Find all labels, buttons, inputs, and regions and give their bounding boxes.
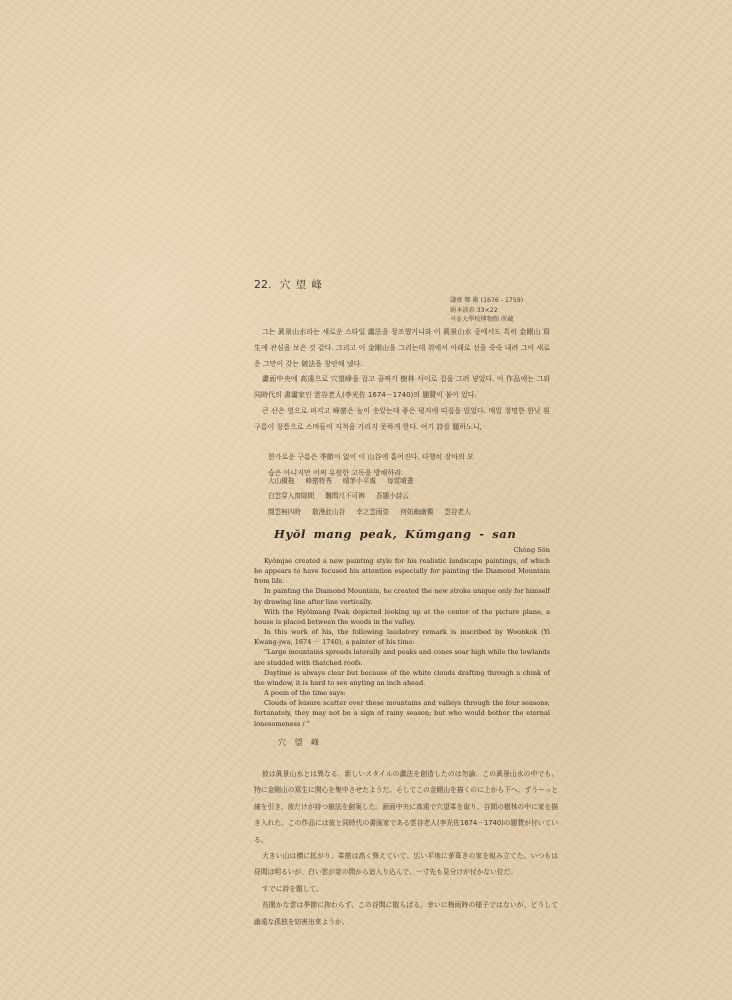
english-paragraph: Daytime is always clear but because of t… bbox=[254, 668, 550, 688]
english-description: Kyŏmjae created a new painting style for… bbox=[254, 556, 550, 729]
korean-description: 그는 眞景山水라는 새로운 스타일 畵法을 창조했거니와 이 眞景山水 중에서도… bbox=[254, 325, 550, 436]
english-paragraph: In painting the Diamond Mountain, he cre… bbox=[254, 586, 550, 606]
entry-heading: 22. 穴 望 峰 bbox=[254, 277, 323, 292]
korean-paragraph: 큰 산은 옆으로 퍼지고 峰巒은 높이 솟았는데 좋은 평지에 띠집을 얹었다.… bbox=[254, 404, 550, 436]
caption-medium: 絹本淡彩 33×22 bbox=[450, 306, 523, 316]
japanese-paragraph: 彼は眞景山水とは異なる、新しいスタイルの畵法を創造したのは勿論、この眞景山水の中… bbox=[254, 766, 558, 848]
japanese-paragraph: 大きい山は横に拡がり、峯巒は高く聳えていて、広い平地に茅葺きの家を組み立てた。い… bbox=[254, 848, 558, 881]
hanja-phrase: 晴茅小平處 bbox=[343, 477, 376, 485]
japanese-paragraph: 長閑かな雲は季節に拘わらず、この谷間に散らばる。幸いに梅雨時の様子ではないが、ど… bbox=[254, 897, 558, 930]
english-paragraph: "Large mountains spreads laterally and p… bbox=[254, 647, 550, 667]
caption-artist: 謙齋 鄭 敾 (1676 - 1759) bbox=[450, 296, 523, 306]
entry-number: 22. bbox=[254, 278, 272, 291]
hanja-line: 閒雲無四時 散漫此山谷 幸之雲雨姿 何妨幽幽獨 雲谷老人 bbox=[268, 505, 558, 520]
japanese-heading: 穴 望 峰 bbox=[278, 737, 322, 748]
hanja-phrase: 難問尺不可辨 bbox=[325, 492, 365, 500]
entry-title-hanja: 穴 望 峰 bbox=[280, 279, 323, 291]
hanja-inscription: 大山橫拖 峰巒特秀 晴茅小平處 每當晴晝 白雲穿入窗隙間 難問尺不可辨 吾題小詩… bbox=[268, 474, 558, 520]
hanja-phrase: 峰巒特秀 bbox=[305, 477, 331, 485]
hanja-phrase: 吾題小詩云 bbox=[376, 492, 409, 500]
english-paragraph: In this work of his, the following lauda… bbox=[254, 627, 550, 647]
hanja-phrase: 每當晴晝 bbox=[387, 477, 413, 485]
english-paragraph: Kyŏmjae created a new painting style for… bbox=[254, 556, 550, 586]
hanja-phrase: 閒雲無四時 bbox=[268, 508, 301, 516]
english-title: Hyŏl mang peak, Kŭmgang - san bbox=[274, 527, 516, 541]
caption-collection: 서울大學校博物館 所藏 bbox=[450, 315, 523, 325]
korean-poem-line: 한가로운 구름은 季節이 없이 이 山谷에 흩어진다. 다행히 장마의 모 bbox=[268, 450, 548, 466]
japanese-paragraph: すでに詩を題して、 bbox=[254, 881, 558, 897]
english-paragraph: Clouds of leisure scatter over these mou… bbox=[254, 698, 550, 728]
hanja-phrase: 散漫此山谷 bbox=[312, 508, 345, 516]
hanja-line: 白雲穿入窗隙間 難問尺不可辨 吾題小詩云 bbox=[268, 489, 558, 504]
hanja-phrase: 大山橫拖 bbox=[268, 477, 294, 485]
korean-paragraph: 그는 眞景山水라는 새로운 스타일 畵法을 창조했거니와 이 眞景山水 중에서도… bbox=[254, 325, 550, 372]
english-paragraph: A poem of the time says: bbox=[254, 688, 550, 698]
hanja-phrase: 何妨幽幽獨 bbox=[400, 508, 433, 516]
hanja-phrase: 幸之雲雨姿 bbox=[356, 508, 389, 516]
english-paragraph: With the Hyŏlmang Peak depicted looking … bbox=[254, 607, 550, 627]
hanja-signature: 雲谷老人 bbox=[444, 508, 470, 516]
korean-paragraph: 畵面中央에 高遠으로 穴望峰을 잡고 골짜기 樹林 사이로 집을 그려 넣었다.… bbox=[254, 372, 550, 404]
artwork-caption: 謙齋 鄭 敾 (1676 - 1759) 絹本淡彩 33×22 서울大學校博物館… bbox=[450, 296, 523, 325]
english-author: Chŏng Sŏn bbox=[513, 546, 550, 554]
hanja-phrase: 白雲穿入窗隙間 bbox=[268, 492, 314, 500]
japanese-description: 彼は眞景山水とは異なる、新しいスタイルの畵法を創造したのは勿論、この眞景山水の中… bbox=[254, 766, 558, 930]
hanja-line: 大山橫拖 峰巒特秀 晴茅小平處 每當晴晝 bbox=[268, 474, 558, 489]
